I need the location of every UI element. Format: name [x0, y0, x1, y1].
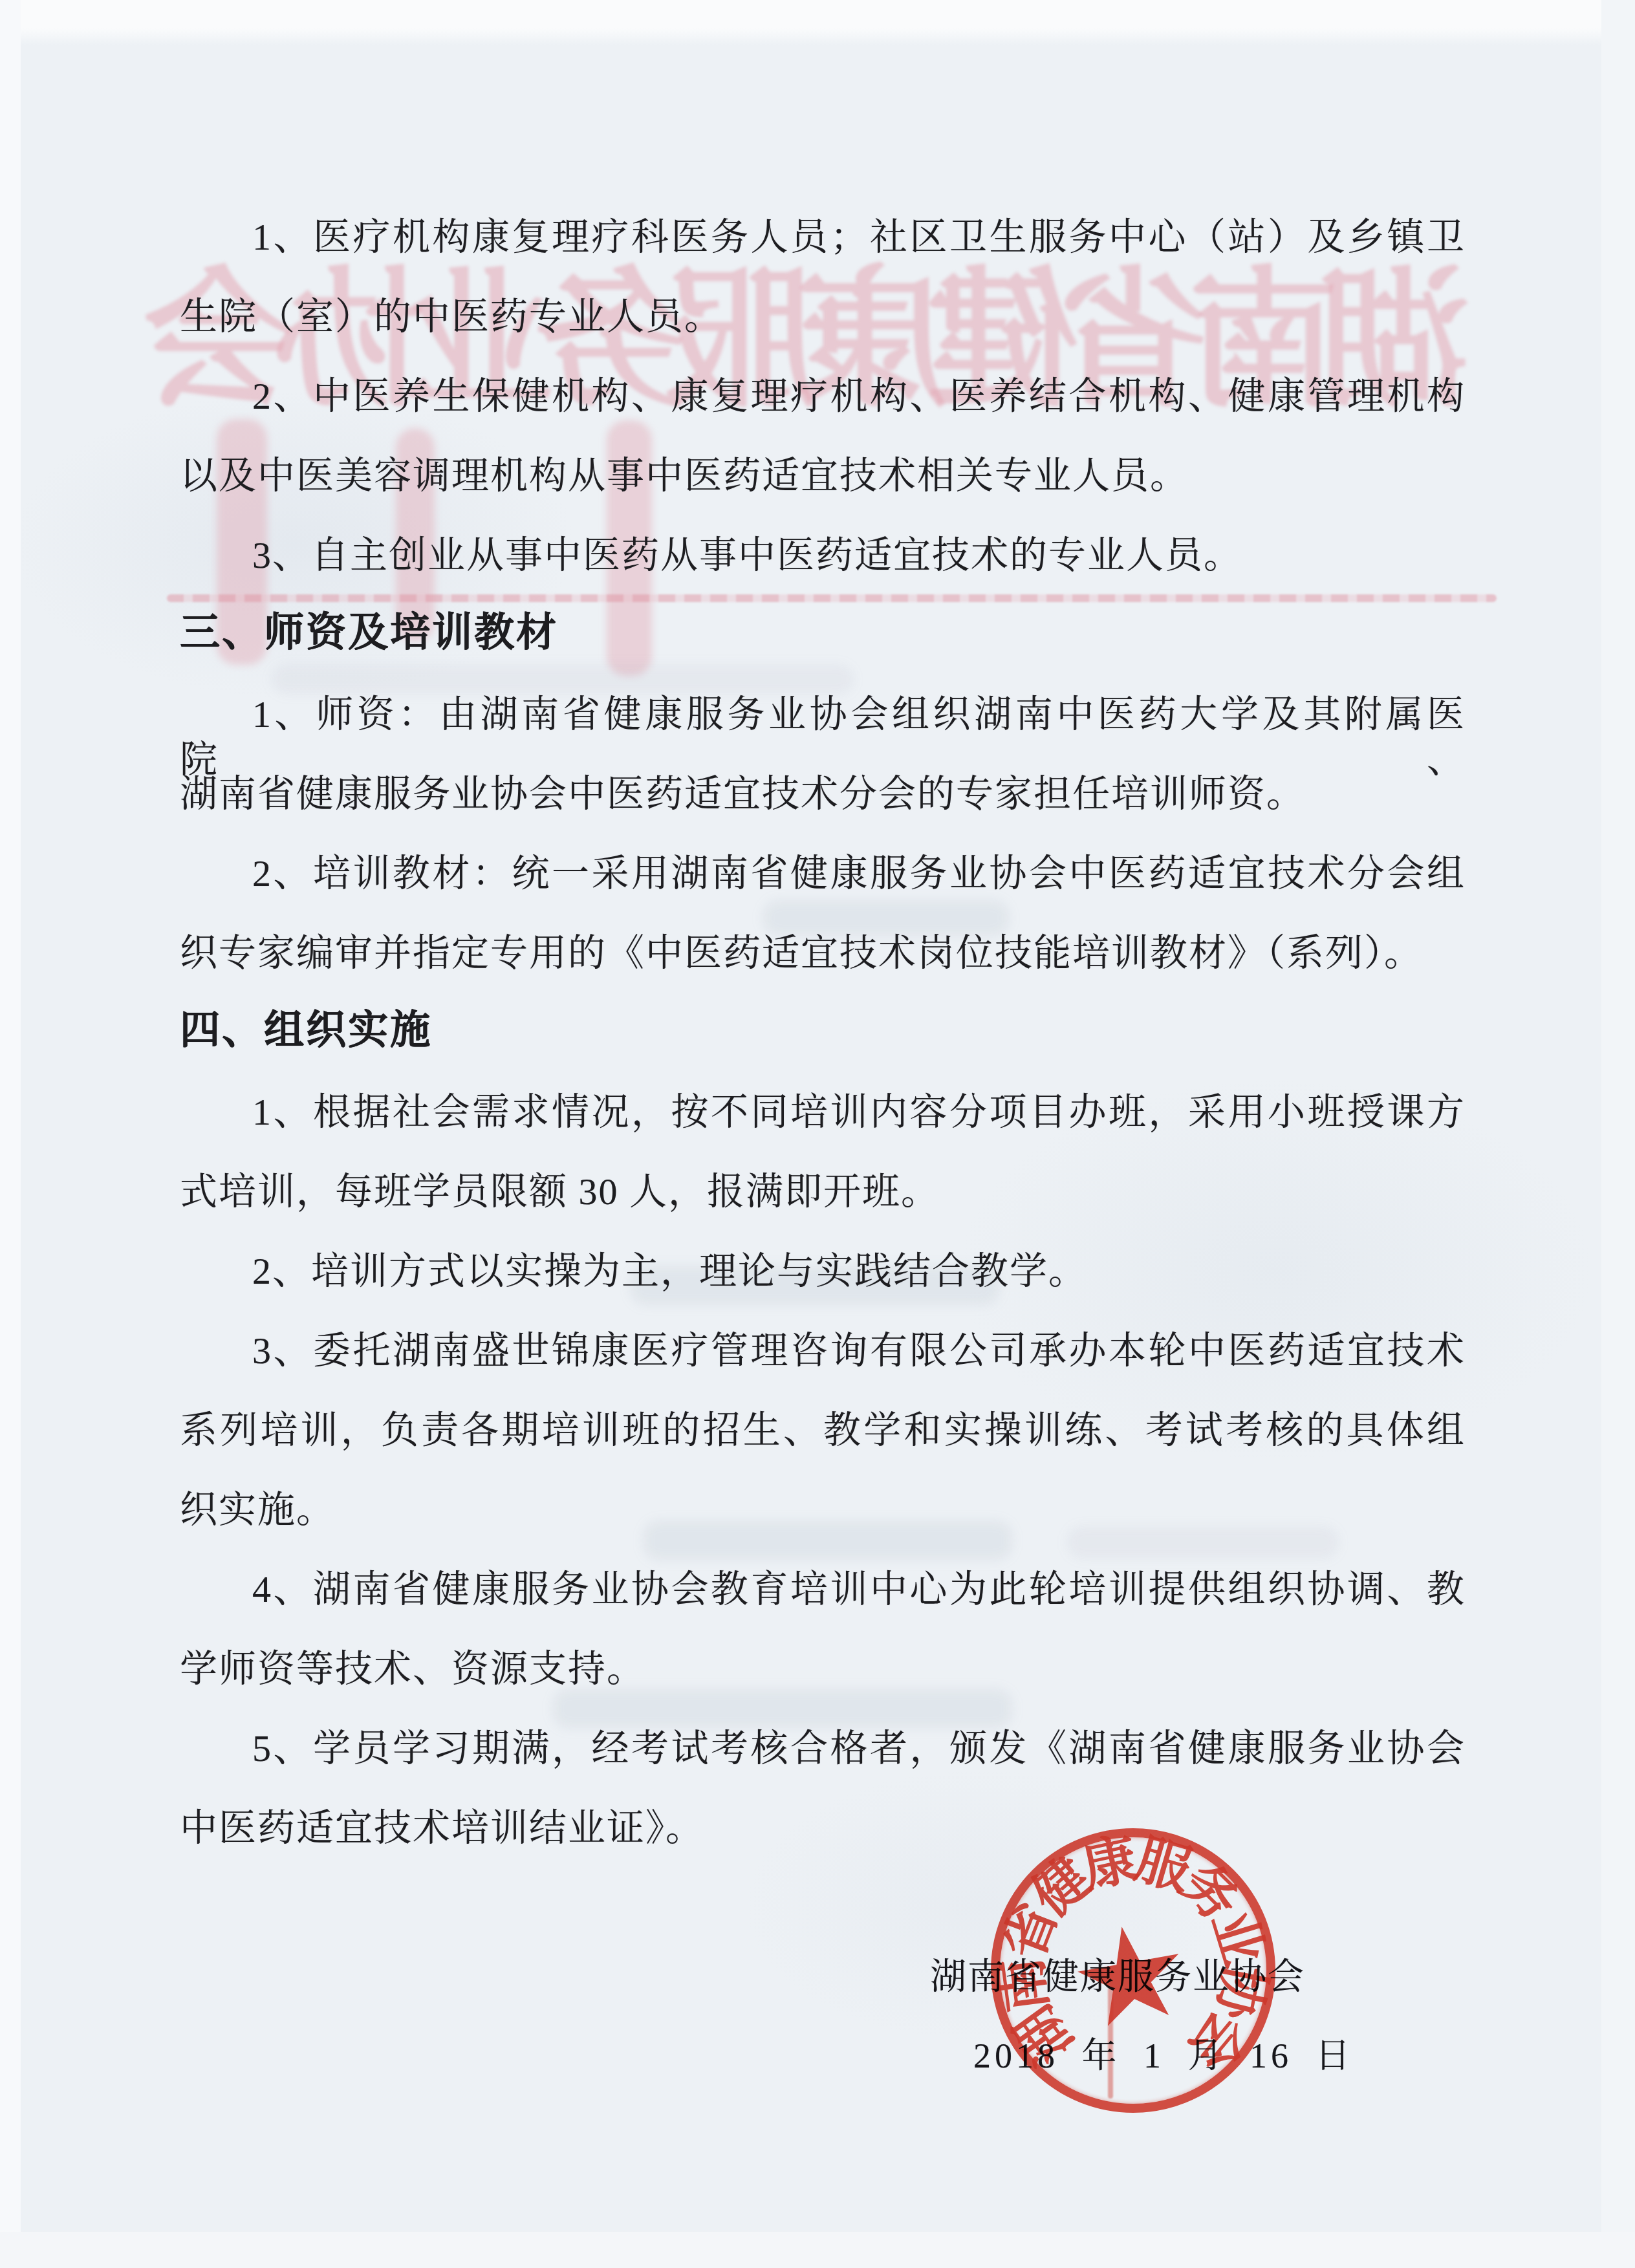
body-line: 2、中医养生保健机构、康复理疗机构、医养结合机构、健康管理机构	[180, 374, 1466, 419]
seal-arc-text: 湖南省健康服务业协会	[991, 1828, 1275, 2113]
body-line: 生院（室）的中医药专业人员。	[180, 294, 1466, 340]
body-line: 4、湖南省健康服务业协会教育培训中心为此轮培训提供组织协调、教	[180, 1567, 1466, 1612]
body-line: 5、学员学习期满，经考试考核合格者，颁发《湖南省健康服务业协会	[180, 1726, 1466, 1771]
body-line: 织专家编审并指定专用的《中医药适宜技术岗位技能培训教材》（系列）。	[180, 931, 1466, 976]
scanned-document-page: 湖南省健康服务业协会 1、医疗机构康复理疗科医务人员；社区卫生服务中心（站）及乡…	[0, 0, 1635, 2268]
scan-edge-right	[1601, 0, 1635, 2268]
body-line: 3、委托湖南盛世锦康医疗管理咨询有限公司承办本轮中医药适宜技术	[180, 1328, 1466, 1374]
body-line: 1、师资：由湖南省健康服务业协会组织湖南中医药大学及其附属医院、	[180, 692, 1466, 783]
section-heading: 三、师资及培训教材	[180, 610, 1466, 656]
body-line: 2、培训教材：统一采用湖南省健康服务业协会中医药适宜技术分会组	[180, 851, 1466, 896]
letterhead-rule-bleedthrough	[167, 594, 1497, 602]
bleedthrough-smudge	[553, 1689, 1012, 1728]
body-line: 学师资等技术、资源支持。	[180, 1647, 1466, 1692]
body-line: 织实施。	[180, 1487, 1466, 1533]
body-line: 以及中医美容调理机构从事中医药适宜技术相关专业人员。	[180, 453, 1466, 499]
body-line: 3、自主创业从事中医药从事中医药适宜技术的专业人员。	[180, 533, 1466, 578]
scan-edge-left	[0, 0, 21, 2268]
bleedthrough-smudge	[272, 665, 854, 694]
official-seal: 湖南省健康服务业协会	[991, 1828, 1275, 2113]
scan-edge-bottom	[0, 2232, 1635, 2268]
body-line: 式培训，每班学员限额 30 人，报满即开班。	[180, 1169, 1466, 1215]
section-heading: 四、组织实施	[180, 1008, 1466, 1053]
body-line: 1、根据社会需求情况，按不同培训内容分项目办班，采用小班授课方	[180, 1090, 1466, 1135]
body-line: 系列培训，负责各期培训班的招生、教学和实操训练、考试考核的具体组	[180, 1408, 1466, 1453]
body-line: 湖南省健康服务业协会中医药适宜技术分会的专家担任培训师资。	[180, 772, 1466, 817]
body-line: 2、培训方式以实操为主，理论与实践结合教学。	[180, 1249, 1466, 1294]
body-line: 1、医疗机构康复理疗科医务人员；社区卫生服务中心（站）及乡镇卫	[180, 215, 1466, 260]
